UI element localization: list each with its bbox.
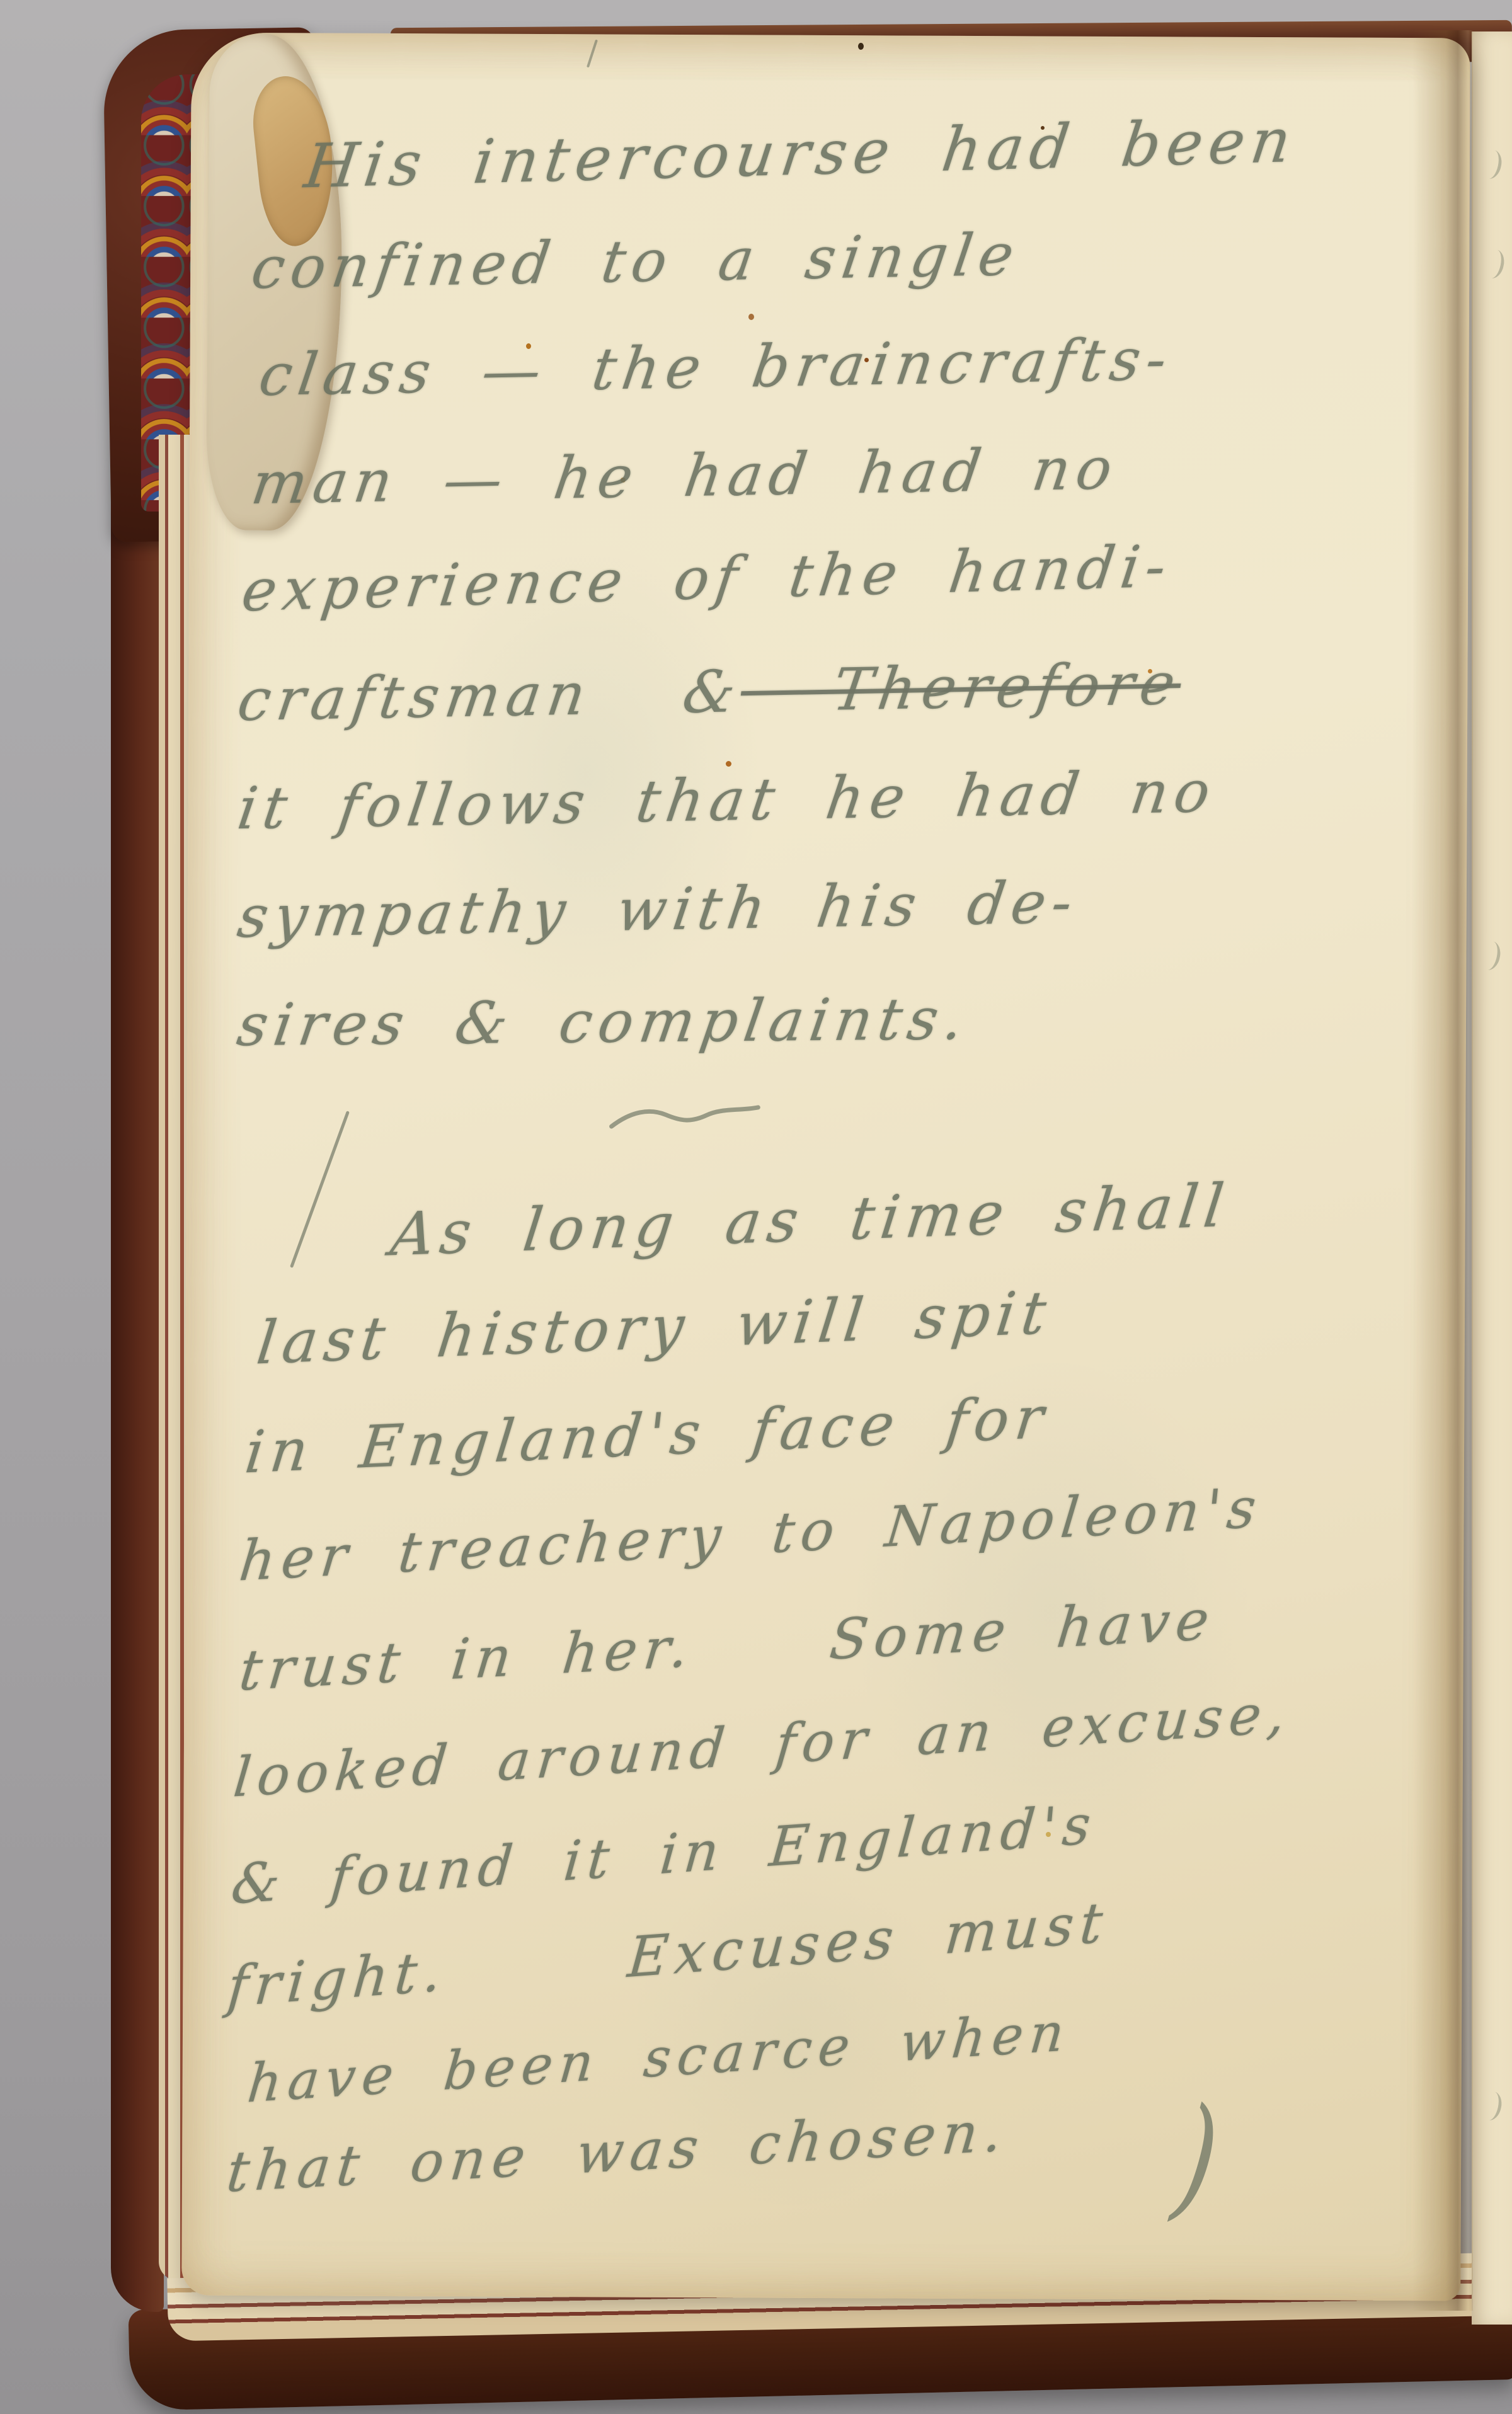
struck-through-word: Therefore xyxy=(736,650,1186,725)
squiggle-svg xyxy=(605,1094,764,1140)
handwritten-line: confined to a single xyxy=(248,221,1024,302)
leather-spine-edge xyxy=(111,428,164,2312)
handwritten-words: confined to a single xyxy=(248,221,1024,302)
handwritten-words: craftsman & xyxy=(234,658,746,734)
photo-backdrop: { "photo": { "background_color": "#a9a7a… xyxy=(0,0,1512,2414)
gutter-crease-shadow xyxy=(1412,30,1473,2311)
handwritten-line: sires & complaints. xyxy=(233,985,974,1059)
handwritten-words: sires & complaints. xyxy=(233,985,974,1059)
foxing-spot xyxy=(748,314,754,320)
facing-page-sliver xyxy=(1472,31,1512,2325)
section-separator-squiggle xyxy=(605,1094,764,1142)
foxing-spot xyxy=(858,43,864,50)
